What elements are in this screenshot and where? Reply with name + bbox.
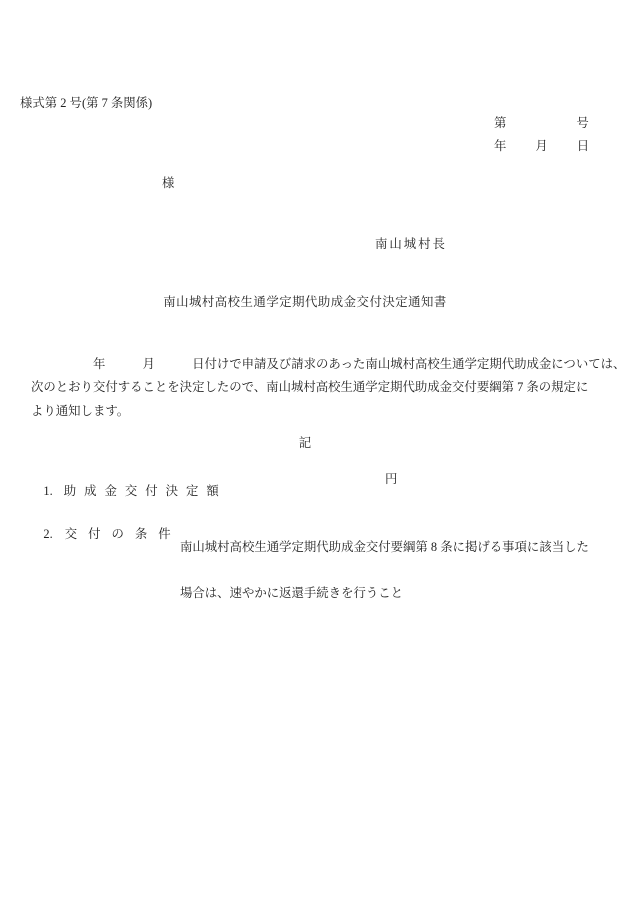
sender-title: 南山城村長: [375, 238, 447, 250]
item-2-number: 2.: [43, 528, 52, 540]
issue-date-year-label: 年: [494, 139, 506, 153]
body-paragraph-line-2: 次のとおり交付することを決定したので、南山城村高校生通学定期代助成金交付要綱第 …: [31, 381, 625, 393]
issue-date-month-label: 月: [535, 139, 547, 153]
body-paragraph: 年 月 日付けで申請及び請求のあった南山城村高校生通学定期代助成金については、 …: [31, 358, 625, 428]
item-2-condition-line-2: 場合は、速やかに返還手続きを行うこと: [180, 587, 589, 599]
body-paragraph-line-1: 年 月 日付けで申請及び請求のあった南山城村高校生通学定期代助成金については、: [31, 358, 625, 370]
record-marker: 記: [0, 437, 610, 449]
document-title: 南山城村高校生通学定期代助成金交付決定通知書: [0, 296, 610, 308]
addressee-honorific: 様: [162, 177, 174, 189]
item-2-label: 交付の条件: [65, 527, 182, 541]
issue-number-blank: [506, 126, 576, 127]
document-page: 様式第 2 号(第 7 条関係) 第号 年月日 様 南山城村長 南山城村高校生通…: [0, 0, 630, 903]
issue-date-month-blank: [506, 149, 535, 150]
issue-date-line: 年月日: [494, 140, 589, 152]
item-2-condition-line-1: 南山城村高校生通学定期代助成金交付要綱第 8 条に掲げる事項に該当した: [180, 541, 589, 553]
item-1-label: 助成金交付決定額: [64, 484, 227, 498]
item-2-condition-text: 南山城村高校生通学定期代助成金交付要綱第 8 条に掲げる事項に該当した 場合は、…: [180, 516, 589, 633]
issue-number-prefix: 第: [494, 116, 506, 130]
issue-date-day-label: 日: [577, 139, 589, 153]
item-1-number: 1.: [43, 485, 52, 497]
item-2-row: 2.交付の条件 南山城村高校生通学定期代助成金交付要綱第 8 条に掲げる事項に該…: [31, 516, 630, 566]
issue-date-day-blank: [548, 149, 577, 150]
item-1-amount-unit: 円: [385, 473, 397, 485]
body-paragraph-line-3: より通知します。: [31, 405, 625, 417]
issue-number-suffix: 号: [576, 116, 588, 130]
form-designation-label: 様式第 2 号(第 7 条関係): [20, 97, 152, 109]
issue-number-line: 第号: [494, 117, 589, 129]
